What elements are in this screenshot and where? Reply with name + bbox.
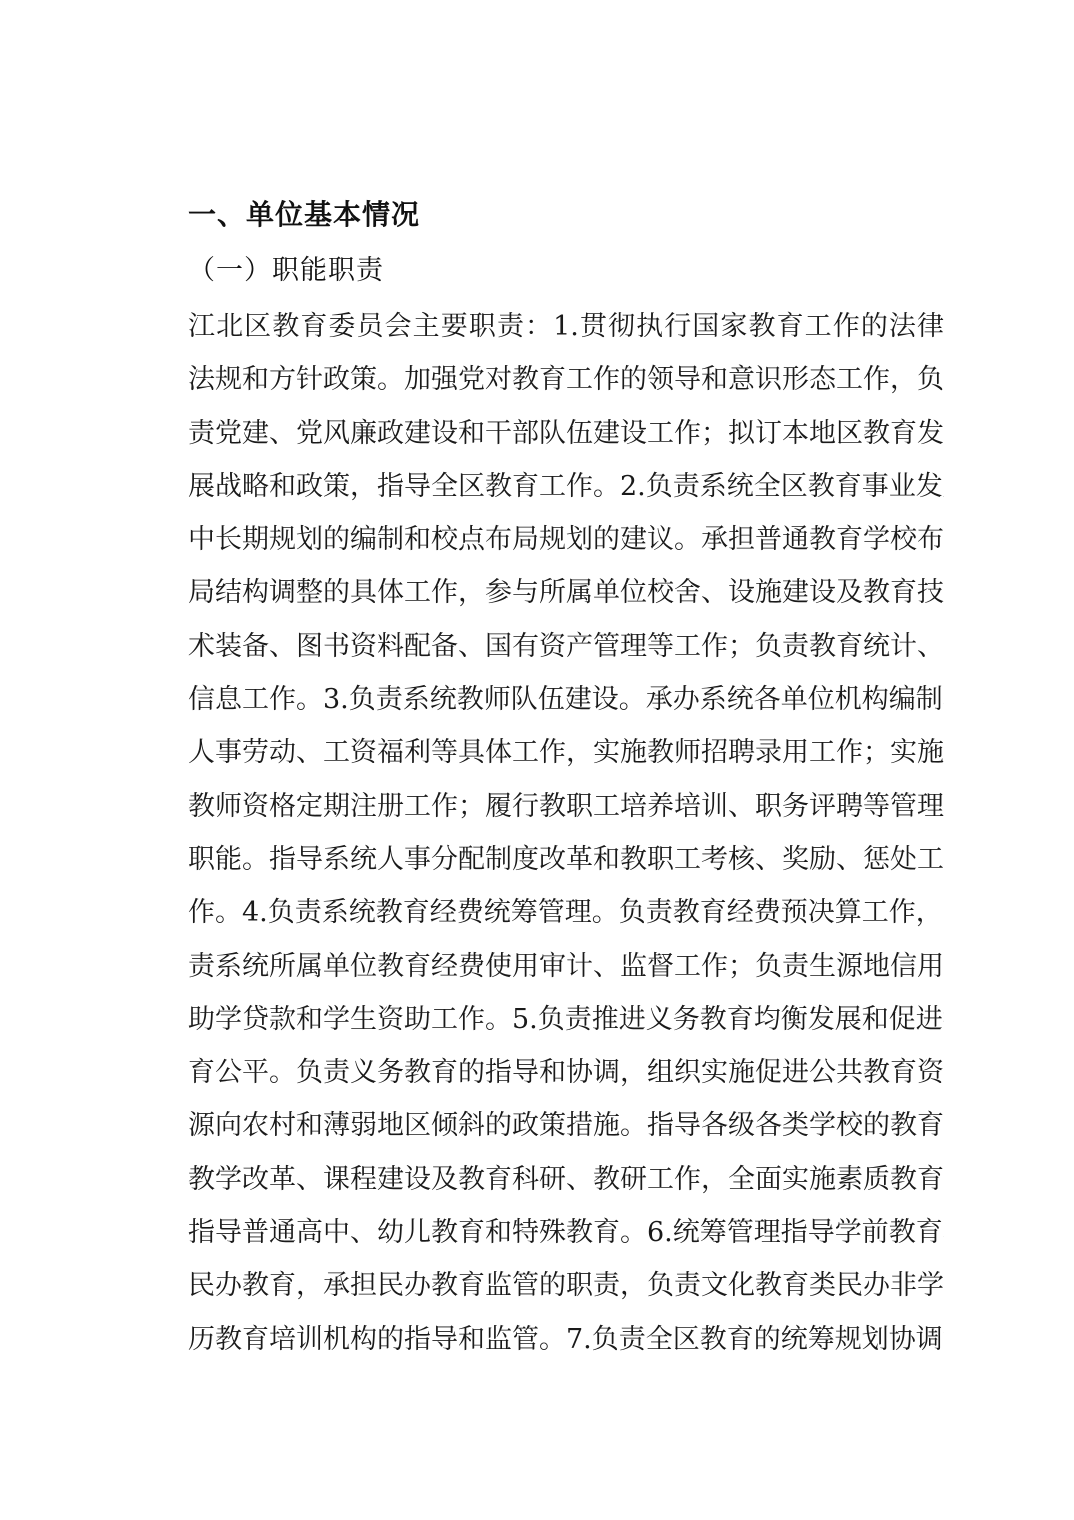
text-line: 作。4.负责系统教育经费统筹管理。负责教育经费预决算工作，负 [188,886,944,939]
text-line: 职能。指导系统人事分配制度改革和教职工考核、奖励、惩处工 [188,833,944,886]
text-line: 展战略和政策，指导全区教育工作。2.负责系统全区教育事业发展 [188,460,944,513]
text-line: 历教育培训机构的指导和监管。7.负责全区教育的统筹规划协调管 [188,1313,944,1366]
text-line: 指导普通高中、幼儿教育和特殊教育。6.统筹管理指导学前教育、 [188,1206,944,1259]
text-line: 源向农村和薄弱地区倾斜的政策措施。指导各级各类学校的教育 [188,1099,944,1152]
text-line: 助学贷款和学生资助工作。5.负责推进义务教育均衡发展和促进教 [188,993,944,1046]
text-line: 责系统所属单位教育经费使用审计、监督工作；负责生源地信用 [188,940,944,993]
subsection-heading: （一）职能职责 [188,248,384,287]
text-line: 术装备、图书资料配备、国有资产管理等工作；负责教育统计、 [188,620,944,673]
text-line: 人事劳动、工资福利等具体工作，实施教师招聘录用工作；实施 [188,726,944,779]
text-line: 中长期规划的编制和校点布局规划的建议。承担普通教育学校布 [188,513,944,566]
text-line: 教师资格定期注册工作；履行教职工培养培训、职务评聘等管理 [188,780,944,833]
text-line: 民办教育，承担民办教育监管的职责，负责文化教育类民办非学 [188,1259,944,1312]
text-line: 法规和方针政策。加强党对教育工作的领导和意识形态工作，负 [188,353,944,406]
text-line: 江北区教育委员会主要职责：1.贯彻执行国家教育工作的法律 [188,300,944,353]
text-line: 育公平。负责义务教育的指导和协调，组织实施促进公共教育资 [188,1046,944,1099]
document-page: 一、单位基本情况 （一）职能职责 江北区教育委员会主要职责：1.贯彻执行国家教育… [0,0,1074,1520]
text-line: 信息工作。3.负责系统教师队伍建设。承办系统各单位机构编制、 [188,673,944,726]
text-line: 教学改革、课程建设及教育科研、教研工作，全面实施素质教育， [188,1153,944,1206]
text-line: 责党建、党风廉政建设和干部队伍建设工作；拟订本地区教育发 [188,407,944,460]
body-paragraph: 江北区教育委员会主要职责：1.贯彻执行国家教育工作的法律 法规和方针政策。加强党… [188,300,944,1366]
section-heading: 一、单位基本情况 [188,193,420,233]
text-line: 局结构调整的具体工作，参与所属单位校舍、设施建设及教育技 [188,566,944,619]
